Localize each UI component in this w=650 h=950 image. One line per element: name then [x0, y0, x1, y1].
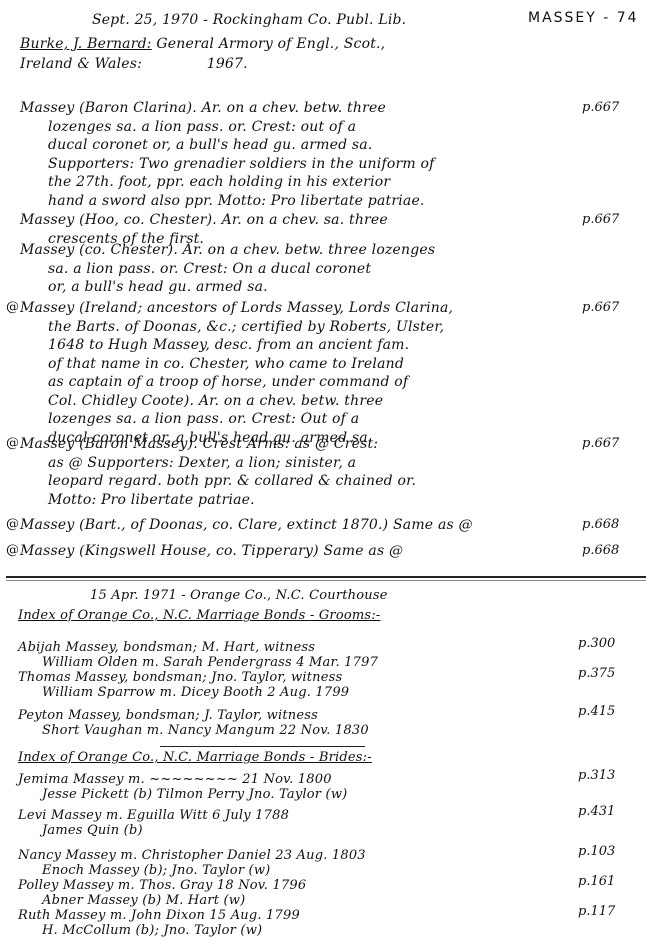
entry-marker-icon: @ [6, 517, 19, 532]
page-reference: p.117 [578, 904, 615, 919]
record-line1: Ruth Massey m. John Dixon 15 Aug. 1799 [18, 908, 300, 924]
page-reference: p.161 [578, 874, 615, 889]
page-reference: p.300 [578, 636, 615, 651]
armory-entry-line: of that name in co. Chester, who came to… [48, 356, 404, 372]
armory-entry-line: as @ Supporters: Dexter, a lion; siniste… [48, 455, 356, 471]
citation-title-1: General Armory of Engl., Scot., [156, 36, 385, 52]
record-line1: Polley Massey m. Thos. Gray 18 Nov. 1796 [18, 878, 306, 894]
armory-entry-line: Massey (Ireland; ancestors of Lords Mass… [20, 300, 453, 316]
record-line1: Peyton Massey, bondsman; J. Taylor, witn… [18, 708, 318, 724]
armory-entry-line: Supporters: Two grenadier soldiers in th… [48, 156, 435, 172]
page-reference: p.313 [578, 768, 615, 783]
short-rule [160, 746, 365, 747]
brides-heading: Index of Orange Co., N.C. Marriage Bonds… [18, 750, 372, 766]
armory-entry-line: the 27th. foot, ppr. each holding in his… [48, 174, 390, 190]
armory-entry-line: Massey (Baron Massey). Crest Arms: as @ … [20, 436, 378, 452]
record-line2: William Olden m. Sarah Pendergrass 4 Mar… [42, 655, 378, 671]
record-line1: Levi Massey m. Eguilla Witt 6 July 1788 [18, 808, 289, 824]
page-reference: p.668 [582, 517, 619, 532]
armory-entry-line: lozenges sa. a lion pass. or. Crest: Out… [48, 411, 359, 427]
page-reference: p.667 [582, 436, 619, 451]
page-reference: p.375 [578, 666, 615, 681]
page-reference: p.667 [582, 212, 619, 227]
page-reference: p.415 [578, 704, 615, 719]
record-line1: Nancy Massey m. Christopher Daniel 23 Au… [18, 848, 366, 864]
armory-entry-line: Col. Chidley Coote). Ar. on a chev. betw… [48, 393, 383, 409]
citation-year: 1967. [207, 56, 248, 72]
header-date-source: Sept. 25, 1970 - Rockingham Co. Publ. Li… [92, 12, 406, 28]
armory-entry-line: or, a bull's head gu. armed sa. [48, 279, 268, 295]
record-line2: William Sparrow m. Dicey Booth 2 Aug. 17… [42, 685, 349, 701]
section-divider-thin [6, 580, 646, 581]
armory-entry-line: Massey (Bart., of Doonas, co. Clare, ext… [20, 517, 473, 533]
page-reference: p.667 [582, 300, 619, 315]
grooms-heading: Index of Orange Co., N.C. Marriage Bonds… [18, 608, 380, 624]
page-reference: p.668 [582, 543, 619, 558]
armory-entry-line: leopard regard. both ppr. & collared & c… [48, 473, 416, 489]
armory-entry-line: lozenges sa. a lion pass. or. Crest: out… [48, 119, 356, 135]
record-line2: Abner Massey (b) M. Hart (w) [42, 893, 245, 909]
record-line2: Jesse Pickett (b) Tilmon Perry Jno. Tayl… [42, 787, 347, 803]
armory-entry-line: Massey (co. Chester). Ar. on a chev. bet… [20, 242, 435, 258]
citation-line-2: Ireland & Wales: 1967. [20, 56, 248, 72]
section2-date-source: 15 Apr. 1971 - Orange Co., N.C. Courthou… [90, 588, 388, 604]
page-reference: p.431 [578, 804, 615, 819]
page-reference: p.667 [582, 100, 619, 115]
armory-entry-line: Motto: Pro libertate patriae. [48, 492, 255, 508]
entry-marker-icon: @ [6, 300, 19, 315]
citation-line-1: Burke, J. Bernard: General Armory of Eng… [20, 36, 385, 52]
record-line2: Enoch Massey (b); Jno. Taylor (w) [42, 863, 270, 879]
armory-entry-line: Massey (Kingswell House, co. Tipperary) … [20, 543, 403, 559]
record-line2: Short Vaughan m. Nancy Mangum 22 Nov. 18… [42, 723, 369, 739]
handwritten-notes-page: Sept. 25, 1970 - Rockingham Co. Publ. Li… [0, 0, 650, 950]
entry-marker-icon: @ [6, 543, 19, 558]
armory-entry-line: hand a sword also ppr. Motto: Pro libert… [48, 193, 425, 209]
citation-title-2: Ireland & Wales: [20, 56, 142, 72]
armory-entry-line: the Barts. of Doonas, &c.; certified by … [48, 319, 444, 335]
page-id: MASSEY - 74 [528, 10, 639, 26]
record-line2: H. McCollum (b); Jno. Taylor (w) [42, 923, 262, 939]
armory-entry-line: ducal coronet or, a bull's head gu. arme… [48, 137, 373, 153]
armory-entry-line: 1648 to Hugh Massey, desc. from an ancie… [48, 337, 409, 353]
record-line2: James Quin (b) [42, 823, 143, 839]
armory-entry-line: as captain of a troop of horse, under co… [48, 374, 408, 390]
record-line1: Abijah Massey, bondsman; M. Hart, witnes… [18, 640, 315, 656]
record-line1: Jemima Massey m. ~~~~~~~~ 21 Nov. 1800 [18, 772, 332, 788]
entry-marker-icon: @ [6, 436, 19, 451]
citation-author: Burke, J. Bernard: [20, 36, 152, 52]
page-reference: p.103 [578, 844, 615, 859]
armory-entry-line: sa. a lion pass. or. Crest: On a ducal c… [48, 261, 371, 277]
section-divider [6, 576, 646, 578]
armory-entry-line: Massey (Baron Clarina). Ar. on a chev. b… [20, 100, 386, 116]
record-line1: Thomas Massey, bondsman; Jno. Taylor, wi… [18, 670, 342, 686]
armory-entry-line: Massey (Hoo, co. Chester). Ar. on a chev… [20, 212, 388, 228]
